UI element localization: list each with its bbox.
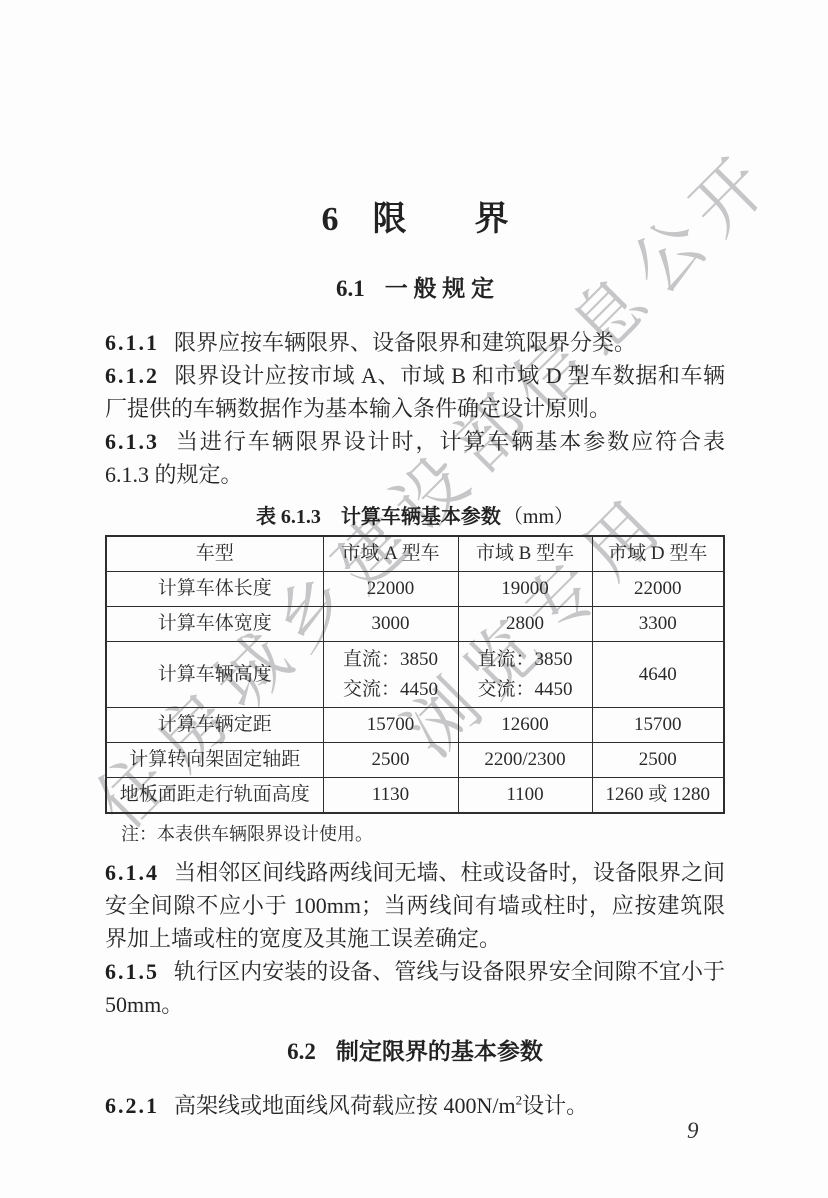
row-label: 计算车体宽度 (106, 607, 323, 642)
table-row: 计算车辆定距 15700 12600 15700 (106, 708, 724, 743)
chapter-heading: 6限 界 (105, 198, 725, 242)
table-cell: 22000 (592, 572, 724, 607)
table-cell: 3000 (323, 607, 458, 642)
table-row: 计算转向架固定轴距 2500 2200/2300 2500 (106, 743, 724, 778)
table-row: 地板面距走行轨面高度 1130 1100 1260 或 1280 (106, 778, 724, 814)
table-cell: 3300 (592, 607, 724, 642)
table-header-row: 车型 市域 A 型车 市域 B 型车 市域 D 型车 (106, 536, 724, 572)
table-cell: 15700 (592, 708, 724, 743)
clause-6-2-1: 6.2.1高架线或地面线风荷载应按 400N/m2设计。 (105, 1089, 725, 1122)
column-header-vehicle-type: 车型 (106, 536, 323, 572)
clause-text-before-sup: 高架线或地面线风荷载应按 400N/m (174, 1093, 516, 1118)
table-note: 注：本表供车辆限界设计使用。 (105, 822, 725, 846)
clause-text-after-sup: 设计。 (522, 1093, 588, 1118)
clause-6-1-1: 6.1.1限界应按车辆限界、设备限界和建筑限界分类。 (105, 326, 725, 359)
row-label: 计算车辆高度 (106, 642, 323, 708)
table-cell: 1130 (323, 778, 458, 814)
section-title: 制定限界的基本参数 (336, 1039, 543, 1064)
section-heading-6-1: 6.1一 般 规 定 (105, 274, 725, 304)
clause-6-1-2: 6.1.2限界设计应按市域 A、市域 B 和市域 D 型车数据和车辆厂提供的车辆… (105, 359, 725, 425)
chapter-title: 限 界 (373, 201, 509, 238)
table-cell: 12600 (458, 708, 592, 743)
table-cell: 2200/2300 (458, 743, 592, 778)
table-cell: 22000 (323, 572, 458, 607)
table-caption: 表 6.1.3 计算车辆基本参数（mm） (105, 503, 725, 531)
clause-number: 6.1.1 (105, 330, 159, 355)
column-header-type-b: 市域 B 型车 (458, 536, 592, 572)
column-header-type-a: 市域 A 型车 (323, 536, 458, 572)
page-number: 9 (687, 1118, 699, 1144)
row-label: 地板面距走行轨面高度 (106, 778, 323, 814)
table-cell: 直流：3850 交流：4450 (458, 642, 592, 708)
table-cell: 19000 (458, 572, 592, 607)
table-cell: 2800 (458, 607, 592, 642)
section-number: 6.1 (336, 276, 365, 301)
clause-text: 限界应按车辆限界、设备限界和建筑限界分类。 (174, 330, 636, 355)
clause-6-1-4: 6.1.4当相邻区间线路两线间无墙、柱或设备时，设备限界之间安全间隙不应小于 1… (105, 856, 725, 955)
clause-number: 6.1.4 (105, 860, 159, 885)
clause-group-6-1: 6.1.1限界应按车辆限界、设备限界和建筑限界分类。 6.1.2限界设计应按市域… (105, 326, 725, 491)
clause-6-1-5: 6.1.5轨行区内安装的设备、管线与设备限界安全间隙不宜小于 50mm。 (105, 955, 725, 1021)
table-row: 计算车辆高度 直流：3850 交流：4450 直流：3850 交流：4450 4… (106, 642, 724, 708)
clause-group-6-2: 6.2.1高架线或地面线风荷载应按 400N/m2设计。 (105, 1089, 725, 1122)
row-label: 计算车辆定距 (106, 708, 323, 743)
row-label: 计算车体长度 (106, 572, 323, 607)
clause-text: 轨行区内安装的设备、管线与设备限界安全间隙不宜小于 50mm。 (105, 959, 725, 1017)
table-caption-title: 表 6.1.3 计算车辆基本参数 (256, 506, 501, 528)
clause-number: 6.1.3 (105, 429, 159, 454)
table-row: 计算车体宽度 3000 2800 3300 (106, 607, 724, 642)
table-cell: 4640 (592, 642, 724, 708)
clause-text: 当进行车辆限界设计时，计算车辆基本参数应符合表 6.1.3 的规定。 (105, 429, 725, 487)
page-content: 6限 界 6.1一 般 规 定 6.1.1限界应按车辆限界、设备限界和建筑限界分… (105, 0, 725, 1122)
section-heading-6-2: 6.2制定限界的基本参数 (105, 1037, 725, 1067)
table-cell: 1100 (458, 778, 592, 814)
column-header-type-d: 市域 D 型车 (592, 536, 724, 572)
clause-text: 当相邻区间线路两线间无墙、柱或设备时，设备限界之间安全间隙不应小于 100mm；… (105, 860, 725, 951)
table-row: 计算车体长度 22000 19000 22000 (106, 572, 724, 607)
section-title: 一 般 规 定 (385, 276, 494, 301)
document-page: 住房城乡建设部信息公开 浏览专用 6限 界 6.1一 般 规 定 6.1.1限界… (0, 0, 828, 1198)
table-cell: 2500 (323, 743, 458, 778)
table-cell: 15700 (323, 708, 458, 743)
table-cell: 2500 (592, 743, 724, 778)
row-label: 计算转向架固定轴距 (106, 743, 323, 778)
chapter-number: 6 (322, 201, 339, 238)
clause-6-1-3: 6.1.3当进行车辆限界设计时，计算车辆基本参数应符合表 6.1.3 的规定。 (105, 425, 725, 491)
vehicle-parameters-table: 车型 市域 A 型车 市域 B 型车 市域 D 型车 计算车体长度 22000 … (105, 535, 725, 814)
table-caption-unit: （mm） (503, 506, 574, 528)
section-number: 6.2 (287, 1039, 316, 1064)
clause-group-6-1-continued: 6.1.4当相邻区间线路两线间无墙、柱或设备时，设备限界之间安全间隙不应小于 1… (105, 856, 725, 1021)
table-cell: 1260 或 1280 (592, 778, 724, 814)
clause-text: 限界设计应按市域 A、市域 B 和市域 D 型车数据和车辆厂提供的车辆数据作为基… (105, 363, 725, 421)
clause-number: 6.2.1 (105, 1093, 159, 1118)
clause-number: 6.1.5 (105, 959, 159, 984)
table-cell: 直流：3850 交流：4450 (323, 642, 458, 708)
clause-number: 6.1.2 (105, 363, 159, 388)
